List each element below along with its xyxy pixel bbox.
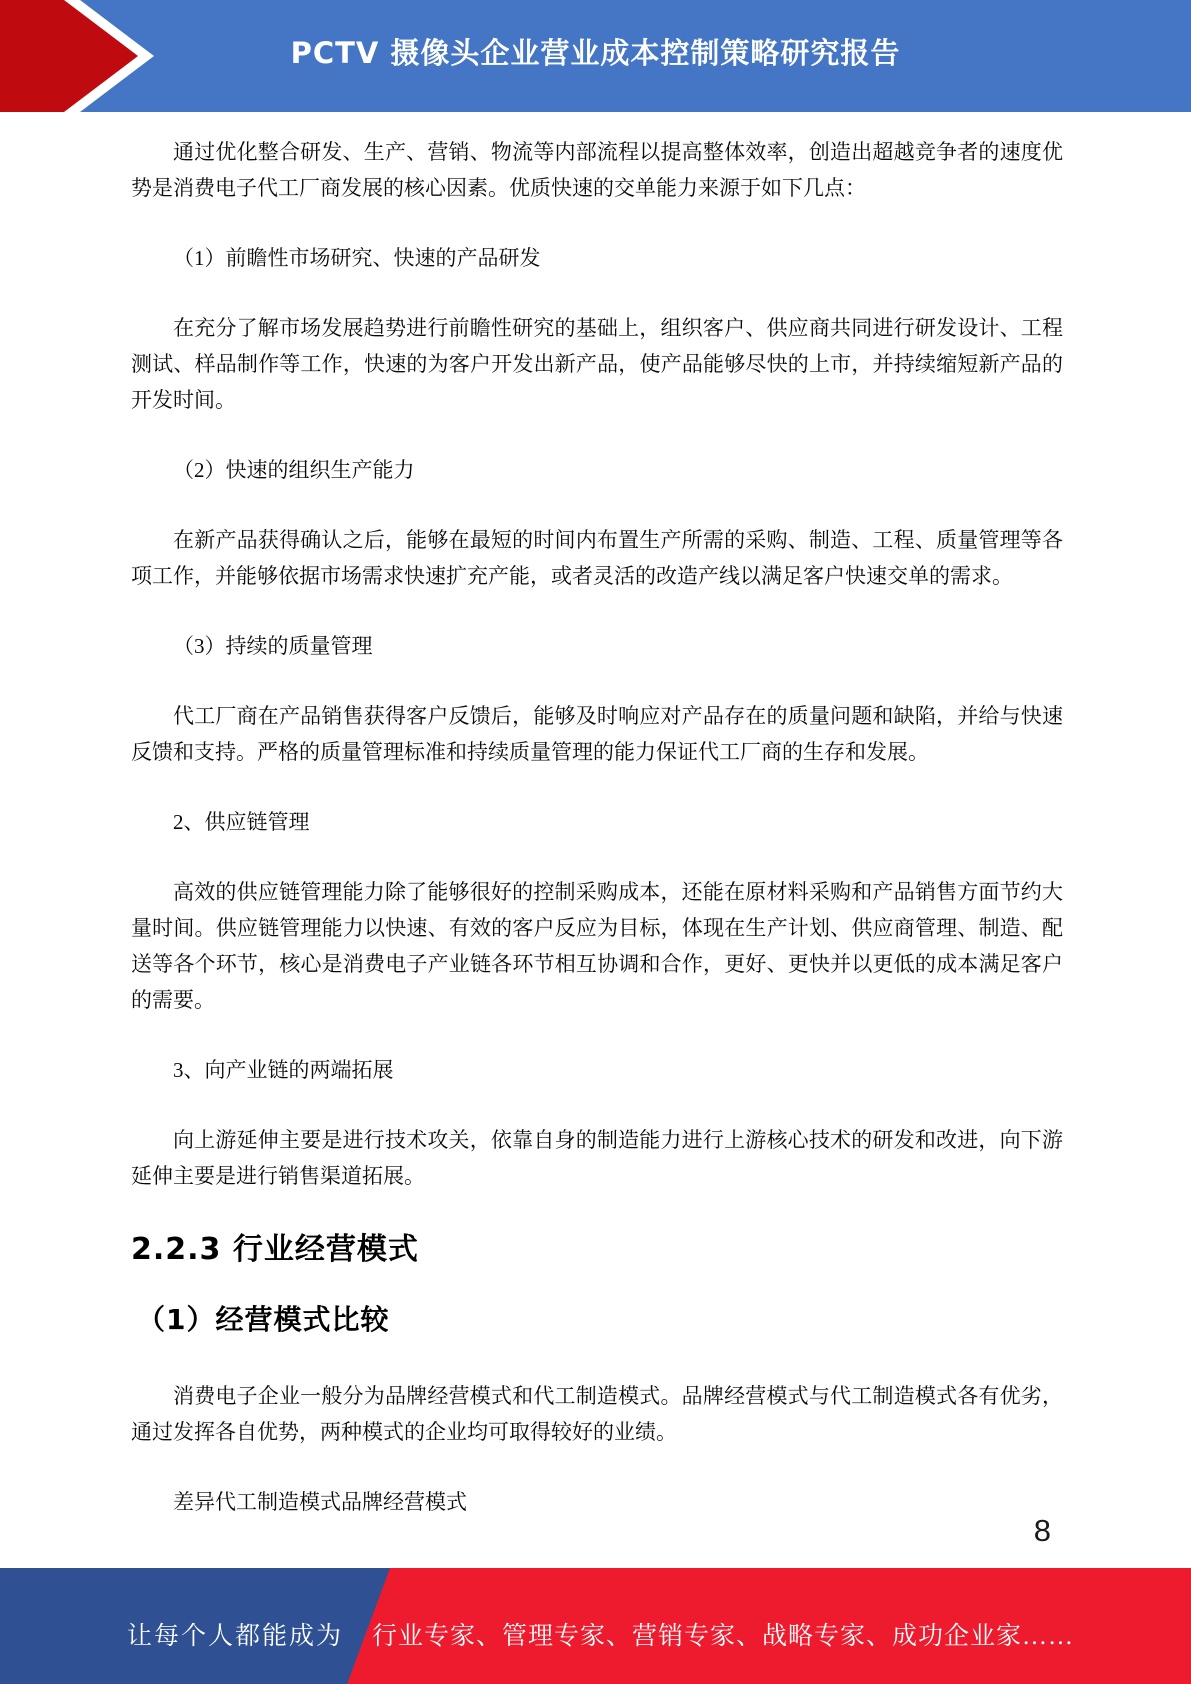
paragraph: 向上游延伸主要是进行技术攻关，依靠自身的制造能力进行上游核心技术的研发和改进，向… <box>131 1122 1063 1194</box>
paragraph: 在新产品获得确认之后，能够在最短的时间内布置生产所需的采购、制造、工程、质量管理… <box>131 522 1063 594</box>
paragraph: 消费电子企业一般分为品牌经营模式和代工制造模式。品牌经营模式与代工制造模式各有优… <box>131 1378 1063 1450</box>
report-title: PCTV 摄像头企业营业成本控制策略研究报告 <box>0 31 1191 72</box>
header-banner: PCTV 摄像头企业营业成本控制策略研究报告 <box>0 0 1191 112</box>
list-line: 差异代工制造模式品牌经营模式 <box>131 1484 1063 1520</box>
list-line: （3）持续的质量管理 <box>131 628 1063 664</box>
document-page: PCTV 摄像头企业营业成本控制策略研究报告 通过优化整合研发、生产、营销、物流… <box>0 0 1191 1684</box>
section-heading: 2.2.3 行业经营模式 <box>131 1228 1063 1272</box>
subsection-heading: （1）经营模式比较 <box>131 1298 1063 1342</box>
list-line: （2）快速的组织生产能力 <box>131 452 1063 488</box>
footer-slogan-left: 让每个人都能成为 <box>127 1616 343 1652</box>
paragraph: 通过优化整合研发、生产、营销、物流等内部流程以提高整体效率，创造出超越竞争者的速… <box>131 134 1063 206</box>
footer-slogan-right: 行业专家、管理专家、营销专家、战略专家、成功企业家…… <box>372 1616 1074 1652</box>
list-line: 2、供应链管理 <box>131 804 1063 840</box>
list-line: （1）前瞻性市场研究、快速的产品研发 <box>131 240 1063 276</box>
document-body: 通过优化整合研发、生产、营销、物流等内部流程以提高整体效率，创造出超越竞争者的速… <box>131 112 1063 1554</box>
list-line: 3、向产业链的两端拓展 <box>131 1052 1063 1088</box>
paragraph: 代工厂商在产品销售获得客户反馈后，能够及时响应对产品存在的质量问题和缺陷，并给与… <box>131 698 1063 770</box>
page-number: 8 <box>1034 1513 1051 1549</box>
footer-banner: 让每个人都能成为 行业专家、管理专家、营销专家、战略专家、成功企业家…… <box>0 1568 1191 1684</box>
paragraph: 高效的供应链管理能力除了能够很好的控制采购成本，还能在原材料采购和产品销售方面节… <box>131 874 1063 1018</box>
paragraph: 在充分了解市场发展趋势进行前瞻性研究的基础上，组织客户、供应商共同进行研发设计、… <box>131 310 1063 418</box>
